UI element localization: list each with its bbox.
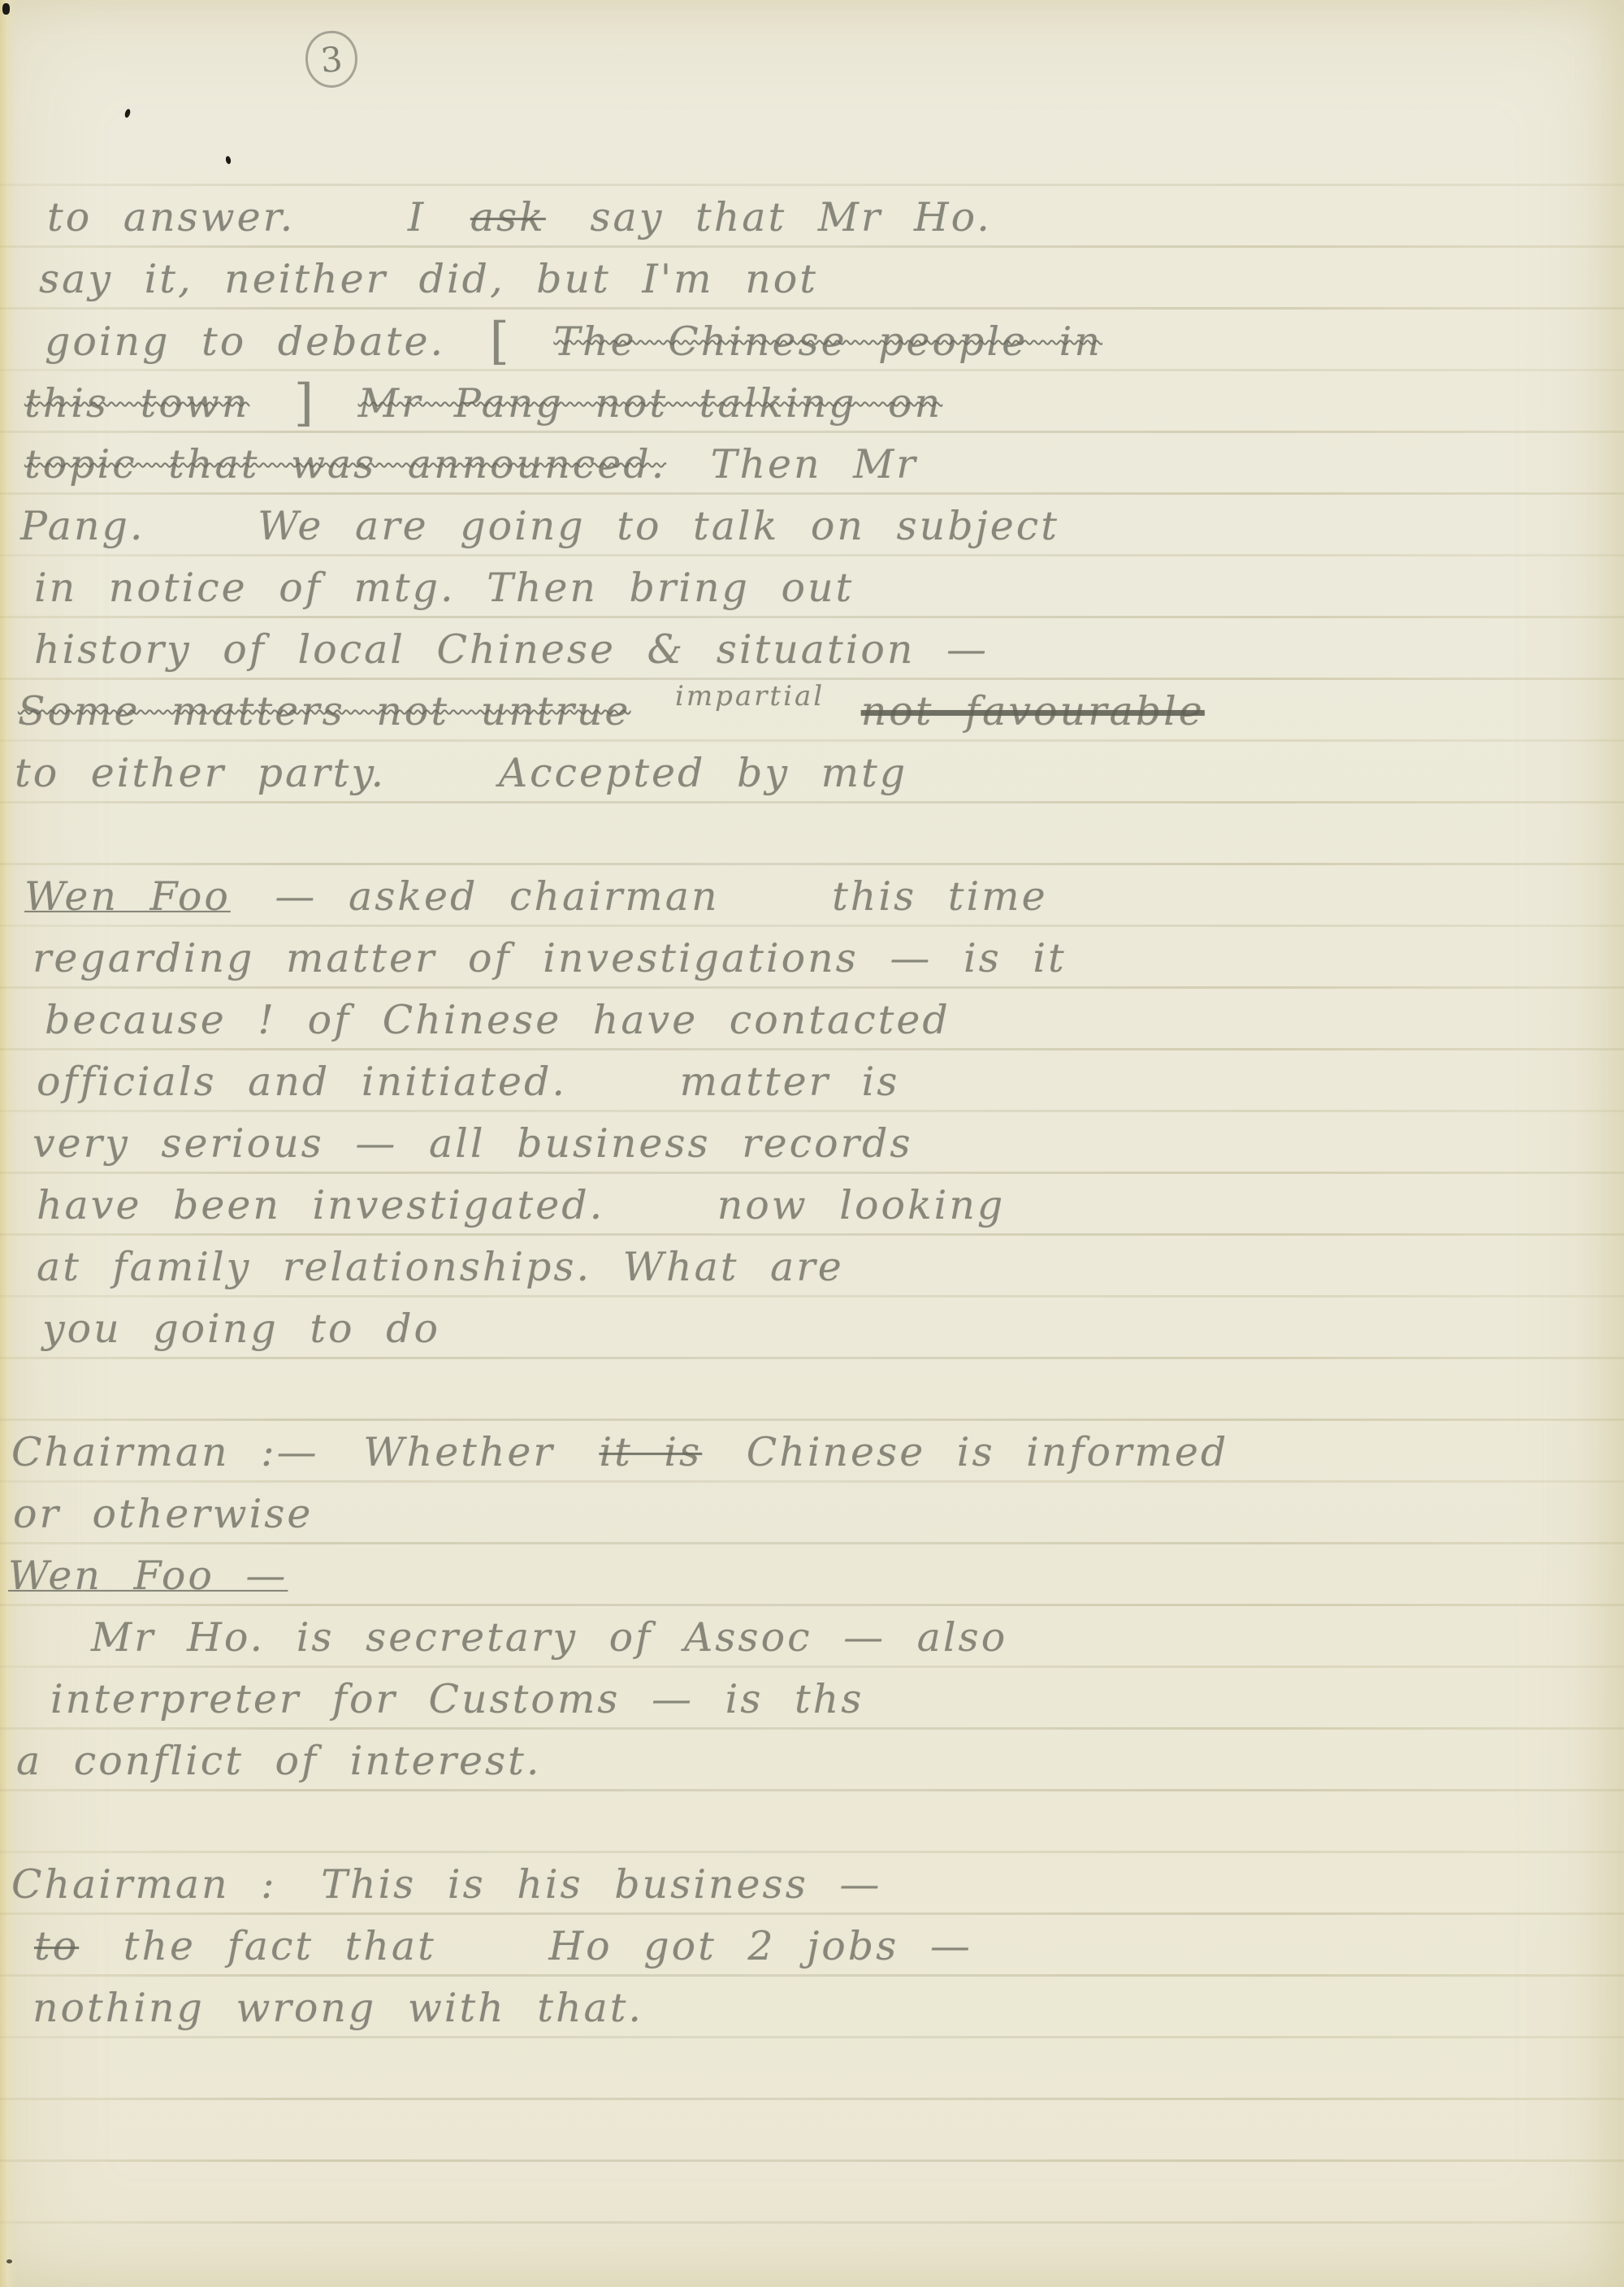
- handwriting-segment: very serious — all business records: [32, 1120, 913, 1167]
- handwriting-segment: I: [408, 194, 426, 240]
- handwritten-line: have been investigated. now looking: [0, 1172, 1624, 1235]
- handwritten-line: regarding matter of investigations — is …: [0, 925, 1624, 988]
- handwriting-segment: Some matters not untrue: [18, 688, 630, 734]
- bracket-mark: [: [490, 311, 509, 370]
- handwriting-segment: nothing wrong with that.: [32, 1985, 643, 2031]
- handwriting-segment: Mr Ho. is secretary of Assoc — also: [91, 1614, 1007, 1661]
- handwriting-segment: ask: [470, 194, 546, 240]
- handwritten-line: very serious — all business records: [0, 1110, 1624, 1173]
- handwriting-segment: at family relationships. What are: [37, 1244, 844, 1290]
- handwriting-segment: regarding matter of investigations — is …: [32, 935, 1067, 981]
- handwriting-segment: Pang.: [20, 503, 145, 549]
- handwritten-line: Chairman :— Whether it is Chinese is inf…: [0, 1419, 1624, 1482]
- handwritten-line: or otherwise: [0, 1480, 1624, 1544]
- handwriting-segment: because ! of Chinese have contacted: [45, 997, 951, 1043]
- handwriting-segment: Whether: [363, 1429, 555, 1475]
- handwriting-segment: you going to do: [42, 1306, 440, 1352]
- handwritten-line: nothing wrong with that.: [0, 1974, 1624, 2038]
- notebook-page: 3 to answer. I ask say that Mr Ho. say i…: [0, 0, 1624, 2287]
- handwriting-segment: officials and initiated.: [37, 1059, 567, 1105]
- rule-line: [0, 2221, 1624, 2224]
- handwriting-segment: in notice of mtg. Then bring out: [34, 565, 854, 611]
- handwriting-segment: going to debate.: [45, 318, 445, 365]
- handwriting-segment: This is his business —: [321, 1861, 881, 1908]
- handwritten-line: Mr Ho. is secretary of Assoc — also: [0, 1604, 1624, 1667]
- inserted-word: impartial: [675, 680, 825, 713]
- handwriting-segment: now looking: [717, 1182, 1006, 1228]
- handwriting-segment: Ho got 2 jobs —: [548, 1923, 972, 1969]
- handwriting-segment: interpreter for Customs — is ths: [50, 1676, 864, 1722]
- handwriting-segment: The Chinese people in: [553, 318, 1102, 365]
- handwritten-line: interpreter for Customs — is ths: [0, 1665, 1624, 1729]
- handwriting-segment: — asked chairman: [275, 873, 719, 920]
- handwriting-segment: Then Mr: [711, 441, 918, 487]
- handwritten-line: to answer. I ask say that Mr Ho.: [0, 184, 1624, 247]
- handwriting-segment: Chairman :—: [11, 1429, 319, 1475]
- handwriting-segment: say it, neither did, but I'm not: [39, 256, 818, 302]
- page-number: 3: [319, 38, 344, 80]
- handwriting-segment: a conflict of interest.: [16, 1738, 541, 1784]
- handwriting-segment: say that Mr Ho.: [590, 194, 991, 240]
- handwritten-line: topic that was announced. Then Mr: [0, 431, 1624, 494]
- handwriting-segment: matter is: [680, 1059, 900, 1105]
- handwritten-line: this town ] Mr Pang not talking on: [0, 369, 1624, 432]
- handwriting-segment: have been investigated.: [37, 1182, 604, 1228]
- handwriting-segment: this town: [24, 380, 249, 427]
- bracket-mark: ]: [294, 373, 314, 432]
- handwriting-segment: topic that was announced.: [24, 441, 666, 487]
- handwriting-segment: to either party.: [15, 750, 386, 796]
- handwriting-segment: the fact that: [123, 1923, 436, 1969]
- handwriting-segment: not favourable: [861, 688, 1205, 734]
- handwriting-segment: it is: [599, 1429, 702, 1475]
- handwriting-segment: this time: [832, 873, 1047, 920]
- ink-speck: [123, 108, 131, 118]
- handwritten-line: officials and initiated. matter is: [0, 1048, 1624, 1111]
- handwritten-line: a conflict of interest.: [0, 1727, 1624, 1791]
- handwritten-line: Wen Foo — asked chairman this time: [0, 863, 1624, 926]
- handwritten-line: going to debate. [ The Chinese people in: [0, 307, 1624, 370]
- handwritten-line: in notice of mtg. Then bring out: [0, 554, 1624, 617]
- handwriting-segment: or otherwise: [13, 1491, 313, 1537]
- handwritten-line: Wen Foo —: [0, 1542, 1624, 1605]
- handwritten-line: history of local Chinese & situation —: [0, 616, 1624, 679]
- handwriting-segment: to answer.: [47, 194, 295, 240]
- handwritten-line: because ! of Chinese have contacted: [0, 986, 1624, 1050]
- handwriting-segment: to: [34, 1923, 79, 1969]
- handwriting-segment: Wen Foo —: [8, 1553, 288, 1599]
- ink-speck: [225, 155, 232, 164]
- rule-line: [0, 2098, 1624, 2100]
- handwritten-line: you going to do: [0, 1295, 1624, 1358]
- handwritten-line: Pang. We are going to talk on subject: [0, 492, 1624, 556]
- handwritten-line: Some matters not untrue impartial not fa…: [0, 678, 1624, 741]
- handwriting-segment: history of local Chinese & situation —: [34, 626, 989, 673]
- handwritten-line: to either party. Accepted by mtg: [0, 739, 1624, 803]
- handwritten-line: at family relationships. What are: [0, 1233, 1624, 1297]
- ink-speck: [2, 3, 10, 15]
- ink-speck: [6, 2259, 12, 2263]
- handwritten-line: to the fact that Ho got 2 jobs —: [0, 1912, 1624, 1976]
- handwriting-segment: Chairman :: [11, 1861, 277, 1908]
- handwriting-segment: Mr Pang not talking on: [358, 380, 942, 427]
- rule-line: [0, 2159, 1624, 2162]
- handwritten-line: say it, neither did, but I'm not: [0, 245, 1624, 309]
- handwritten-line: Chairman : This is his business —: [0, 1851, 1624, 1914]
- handwriting-segment: Chinese is informed: [747, 1429, 1229, 1475]
- handwriting-segment: Accepted by mtg: [499, 750, 907, 796]
- handwriting-segment: We are going to talk on subject: [258, 503, 1059, 549]
- handwriting-segment: Wen Foo: [24, 873, 231, 920]
- page-number-circle: 3: [303, 28, 360, 89]
